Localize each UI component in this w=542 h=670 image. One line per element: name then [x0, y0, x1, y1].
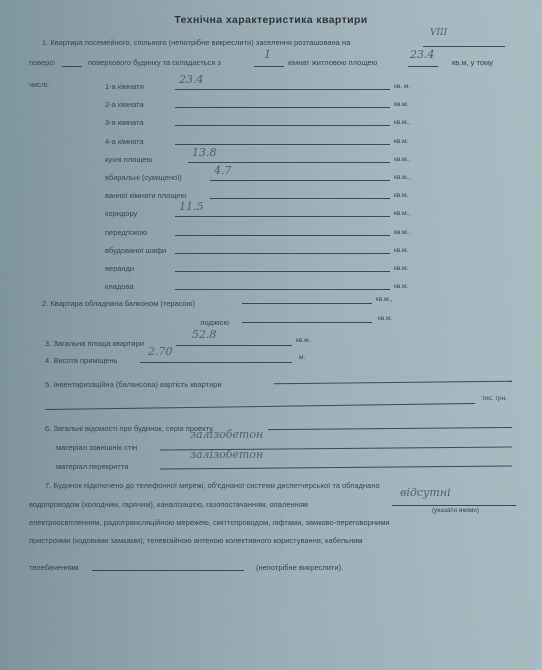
loggia-unit: кв.м. — [378, 315, 392, 322]
room-item-field-line — [175, 125, 390, 126]
value-unit: тис. грн. — [482, 395, 507, 402]
cable-tv-field-line — [92, 570, 244, 571]
rooms-value: 1 — [264, 48, 271, 61]
room-item-unit: кв. м. — [394, 83, 410, 90]
section5-label: 5. Інвентаризаційна (балансова) вартість… — [45, 380, 222, 389]
section1-line2a: поверсі — [29, 58, 55, 67]
utilities-value: відсутні — [400, 486, 451, 499]
utilities-field-line — [392, 505, 516, 506]
section7-line5b: (непотрібне викреслити). — [256, 563, 343, 572]
room-item-field-line — [188, 162, 390, 163]
balcony-field-line — [242, 303, 372, 304]
total-area-unit: кв.м. — [296, 337, 310, 344]
room-item-value: 23.4 — [179, 73, 204, 86]
room-item-unit: кв.м., — [394, 119, 410, 126]
room-item-value: 4.7 — [214, 164, 232, 177]
room-item-label: передпокою — [105, 228, 147, 237]
section7-line4: пристроями (кодовими замками), телевізій… — [29, 536, 363, 545]
storeys-field-line — [62, 66, 82, 67]
total-area-field-line — [176, 345, 292, 346]
room-item-label: 2-а кімната — [105, 100, 144, 109]
section7-line3: електроосвітленням, радіотрансляційною м… — [29, 518, 390, 527]
section1-line1: 1. Квартира посемейного, спільного (непо… — [42, 38, 350, 47]
room-item-unit: кв.м. — [394, 138, 408, 145]
room-item-value: 11.5 — [179, 200, 204, 213]
ceiling-field-line — [160, 465, 512, 469]
room-item-field-line — [210, 180, 390, 181]
value-field-line — [274, 381, 512, 384]
room-item-label: вбудованої шафи — [105, 246, 166, 255]
rooms-field-line — [254, 66, 284, 67]
section7-line5a: телебаченням — [29, 563, 78, 572]
room-item-label: вбиральні (суміщеної) — [105, 173, 182, 182]
document-title: Технічна характеристика квартири — [0, 14, 542, 26]
section3-label: 3. Загальна площа квартири — [45, 339, 144, 348]
room-item-label: веранди — [105, 264, 134, 273]
loggia-field-line — [242, 322, 372, 323]
section1-line2b: поверхового будинку та складається з — [88, 58, 221, 67]
section1-line2d: кв.м, у тому — [452, 58, 493, 67]
room-item-unit: кв.м., — [394, 156, 410, 163]
room-item-field-line — [175, 216, 390, 217]
room-item-unit: кв.м. — [394, 101, 408, 108]
living-area-field-line — [408, 66, 438, 67]
room-item-field-line — [175, 289, 390, 290]
room-item-field-line — [175, 89, 390, 90]
room-item-field-line — [175, 253, 390, 254]
room-item-field-line — [175, 235, 390, 236]
room-item-unit: кв.м. — [394, 265, 408, 272]
ceiling-label: матеріал перекриття — [56, 462, 128, 471]
balcony-unit: кв.м., — [376, 296, 392, 303]
height-field-line — [140, 362, 292, 363]
section4-label: 4. Висота приміщень — [45, 356, 118, 365]
section7-line1: 7. Будинок підключено до телефонної мере… — [45, 481, 380, 490]
room-item-unit: кв.м., — [394, 229, 410, 236]
ceiling-value: залізобетон — [190, 448, 263, 461]
room-item-label: кладова — [105, 282, 134, 291]
series-field-line — [268, 427, 512, 430]
room-item-field-line — [210, 198, 390, 199]
section1-line2c: кімнат житловою площею — [288, 58, 377, 67]
room-item-value: 13.8 — [192, 146, 217, 159]
walls-value: залізобетон — [190, 428, 263, 441]
total-area-value: 52.8 — [192, 328, 217, 341]
room-item-unit: кв.м. — [394, 283, 408, 290]
section7-line2: водопроводом (холодним, гарячим), каналі… — [29, 500, 308, 509]
room-item-label: 1-а кімнати — [105, 82, 144, 91]
living-area-value: 23.4 — [410, 48, 435, 61]
room-item-label: 3-я кімната — [105, 118, 144, 127]
room-item-field-line — [175, 107, 390, 108]
room-item-label: ванної кімнати площею — [105, 191, 186, 200]
room-item-field-line — [175, 271, 390, 272]
section6-label: 6. Загальні відомості про будинок, серія… — [45, 424, 213, 433]
utilities-note: (указати якими) — [432, 507, 479, 514]
room-item-unit: кв.м., — [394, 174, 410, 181]
floor-value: VIII — [430, 28, 447, 38]
room-item-label: 4-а кімната — [105, 137, 144, 146]
loggia-label: лоджією — [200, 318, 229, 327]
floor-field-line — [423, 46, 505, 47]
section1-line3: числі: — [29, 80, 49, 89]
room-item-label: кухні площею — [105, 155, 152, 164]
value-field-line-2 — [45, 403, 475, 410]
section2-label: 2. Квартира обладнана балконом (терасою) — [42, 299, 195, 308]
document-page: Технічна характеристика квартири 1. Квар… — [0, 0, 542, 670]
walls-label: матеріал зовнішніх стін — [56, 443, 137, 452]
height-unit: м. — [299, 354, 305, 361]
room-item-unit: кв.м. — [394, 247, 408, 254]
room-item-unit: кв.м., — [394, 210, 410, 217]
room-item-field-line — [175, 144, 390, 145]
height-value: 2.70 — [148, 345, 173, 358]
room-item-unit: кв.м. — [394, 192, 408, 199]
room-item-label: коридору — [105, 209, 137, 218]
